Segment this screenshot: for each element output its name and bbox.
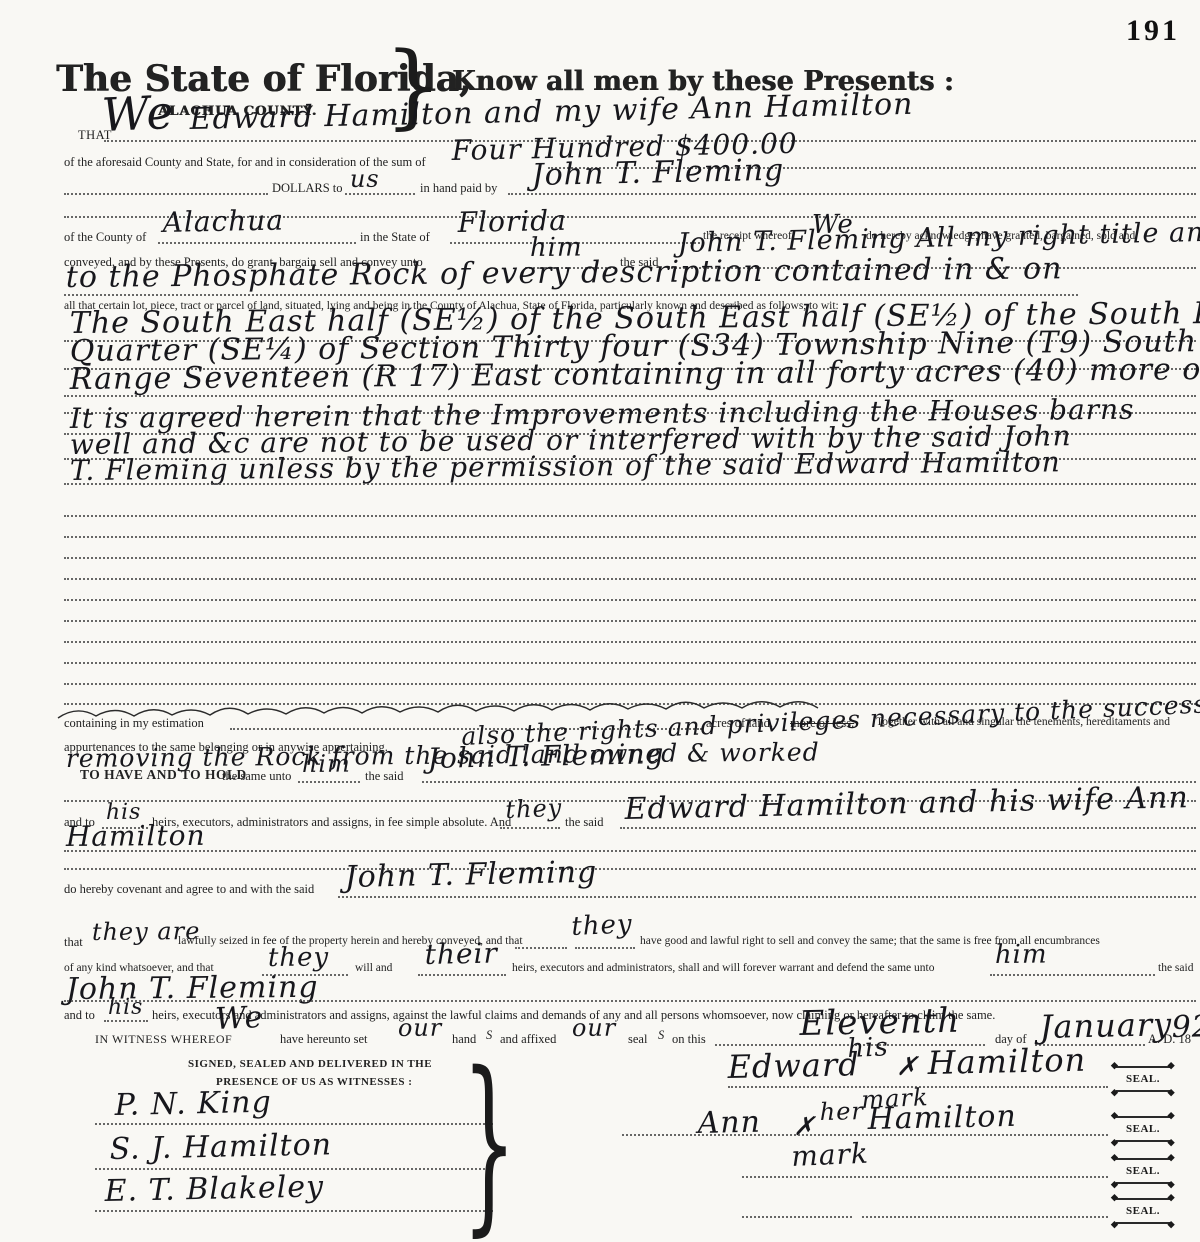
- the-said-label-b: the said: [365, 769, 404, 784]
- hw-their: their: [424, 936, 498, 971]
- ruled-line: [418, 974, 506, 976]
- covenant-text: do hereby covenant and agree to and with…: [64, 882, 314, 897]
- seal-corner-diamond: ◆: [1168, 1153, 1175, 1162]
- seal-corner-diamond: ◆: [1111, 1061, 1118, 1070]
- that-label-b: that: [64, 935, 83, 950]
- will-and-label: will and: [355, 962, 392, 974]
- hw-us: us: [350, 165, 380, 193]
- in-state-of-label: in the State of: [360, 230, 430, 245]
- seal-label: SEAL.: [1126, 1165, 1160, 1177]
- hw-phosphate: to the Phosphate Rock of every descripti…: [66, 251, 1063, 295]
- seal-corner-diamond: ◆: [1168, 1061, 1175, 1070]
- hw-we-3: We: [214, 1000, 264, 1037]
- seal-corner-diamond: ◆: [1111, 1138, 1118, 1147]
- seal-corner-diamond: ◆: [1168, 1193, 1175, 1202]
- ruled-line: [95, 1123, 493, 1125]
- seal-s-glyph: S: [658, 1028, 664, 1043]
- hw-our-1: our: [398, 1014, 443, 1042]
- seal-corner-diamond: ◆: [1168, 1180, 1175, 1189]
- fee-simple-text: heirs, executors, administrators and ass…: [152, 815, 511, 830]
- hw-grantors-2b: Hamilton: [66, 819, 206, 853]
- ruled-line: [64, 620, 1196, 622]
- and-to-label-b: and to: [64, 1008, 95, 1023]
- in-hand-paid-label: in hand paid by: [420, 181, 497, 196]
- hw-have-hold-grantee: John T. Fleming: [427, 737, 664, 775]
- deed-document-page: 191 The State of Florida, ALACHUA COUNTY…: [0, 0, 1200, 1242]
- dollars-to-label: DOLLARS to: [272, 181, 343, 196]
- witness-signature: E. T. Blakeley: [104, 1169, 324, 1209]
- ruled-line: [64, 578, 1196, 580]
- on-this-label: on this: [672, 1032, 706, 1047]
- witness-signature: S. J. Hamilton: [109, 1127, 332, 1167]
- seal-corner-diamond: ◆: [1168, 1111, 1175, 1120]
- ruled-line: [158, 242, 356, 244]
- seal-corner-diamond: ◆: [1111, 1193, 1118, 1202]
- the-said-label-d: the said: [1158, 962, 1193, 974]
- the-said-label-c: the said: [565, 815, 604, 830]
- ruled-line: [64, 662, 1196, 664]
- grantor-signature-last: Hamilton: [867, 1099, 1017, 1137]
- ruled-line: [104, 1020, 148, 1022]
- seal-corner-diamond: ◆: [1111, 1153, 1118, 1162]
- hw-our-2: our: [572, 1014, 617, 1042]
- ruled-line: [64, 868, 1196, 870]
- ruled-line: [64, 536, 1196, 538]
- hereunto-set-label: have hereunto set: [280, 1032, 367, 1047]
- ruled-line: [64, 557, 1196, 559]
- seal-corner-diamond: ◆: [1168, 1088, 1175, 1097]
- hw-him-2: him: [302, 750, 351, 778]
- seal-label: SEAL.: [1126, 1205, 1160, 1217]
- page-number: 191: [1126, 14, 1180, 48]
- seal-label: SEAL.: [1126, 1123, 1160, 1135]
- witness-brace: }: [462, 1048, 516, 1238]
- seal-stamp: ◆◆ ◆◆ SEAL.: [1116, 1158, 1170, 1184]
- seal-corner-diamond: ◆: [1168, 1138, 1175, 1147]
- seal-corner-diamond: ◆: [1111, 1111, 1118, 1120]
- ruled-line: [64, 850, 1196, 852]
- hw-grantors-2a: Edward Hamilton and his wife Ann: [624, 780, 1189, 827]
- seal-stamp: ◆◆ ◆◆ SEAL.: [1116, 1066, 1170, 1092]
- in-witness-label: IN WITNESS WHEREOF: [95, 1032, 232, 1047]
- ruled-line: [742, 1176, 1108, 1178]
- grantor-signature-first: Edward: [727, 1045, 860, 1086]
- hw-year: 92: [1171, 1009, 1200, 1045]
- seal-label: SEAL.: [1126, 1073, 1160, 1085]
- hw-we: We: [101, 85, 176, 142]
- ruled-line: [95, 1210, 493, 1212]
- ruled-line: [338, 896, 1196, 898]
- ruled-line: [345, 193, 415, 195]
- seal-stamp: ◆◆ ◆◆ SEAL.: [1116, 1116, 1170, 1142]
- hw-county: Alachua: [162, 203, 284, 239]
- hw-they-3: they: [268, 942, 330, 973]
- signature-cross-mark: ✗: [896, 1052, 919, 1082]
- seal-corner-diamond: ◆: [1111, 1088, 1118, 1097]
- seal-corner-diamond: ◆: [1111, 1220, 1118, 1229]
- ruled-line: [515, 947, 567, 949]
- ruled-line: [500, 827, 560, 829]
- seal-corner-diamond: ◆: [1168, 1220, 1175, 1229]
- ruled-line: [64, 193, 268, 195]
- hw-her-mark-above: her: [819, 1097, 864, 1126]
- ruled-line: [622, 1134, 1108, 1136]
- hw-payer-name: John T. Fleming: [531, 153, 784, 193]
- warrant-defend-text: heirs, executors and administrators, sha…: [512, 962, 935, 974]
- ruled-line: [64, 294, 1078, 296]
- ruled-line: [862, 1216, 1108, 1218]
- ruled-line: [575, 947, 635, 949]
- county-of-label: of the County of: [64, 230, 146, 245]
- witness-heading-1: SIGNED, SEALED AND DELIVERED IN THE: [188, 1058, 432, 1070]
- ruled-line: [64, 599, 1196, 601]
- hw-his-2: his: [108, 995, 144, 1020]
- ruled-line: [990, 974, 1155, 976]
- grantor-signature-last: Hamilton: [927, 1041, 1086, 1082]
- ruled-line: [298, 781, 360, 783]
- witness-signature: P. N. King: [114, 1085, 272, 1123]
- seal-corner-diamond: ◆: [1111, 1180, 1118, 1189]
- ruled-line: [64, 683, 1196, 685]
- ruled-line: [508, 193, 1196, 195]
- hw-they-1: they: [505, 794, 563, 824]
- seal-stamp: ◆◆ ◆◆ SEAL.: [1116, 1198, 1170, 1224]
- ruled-line: [64, 483, 1196, 485]
- ruled-line: [742, 1216, 852, 1218]
- ruled-line: [620, 827, 1196, 829]
- ruled-line: [64, 641, 1196, 643]
- ruled-line: [64, 515, 1196, 517]
- seal-word-label: seal: [628, 1032, 647, 1047]
- hw-they-2: they: [571, 909, 634, 942]
- signature-cross-mark: ✗: [793, 1112, 816, 1142]
- hw-covenant-grantee: John T. Fleming: [344, 855, 597, 895]
- the-same-unto-label: the same unto: [222, 769, 291, 784]
- hw-him-3: him: [995, 940, 1048, 970]
- hw-mark-below: mark: [791, 1137, 870, 1173]
